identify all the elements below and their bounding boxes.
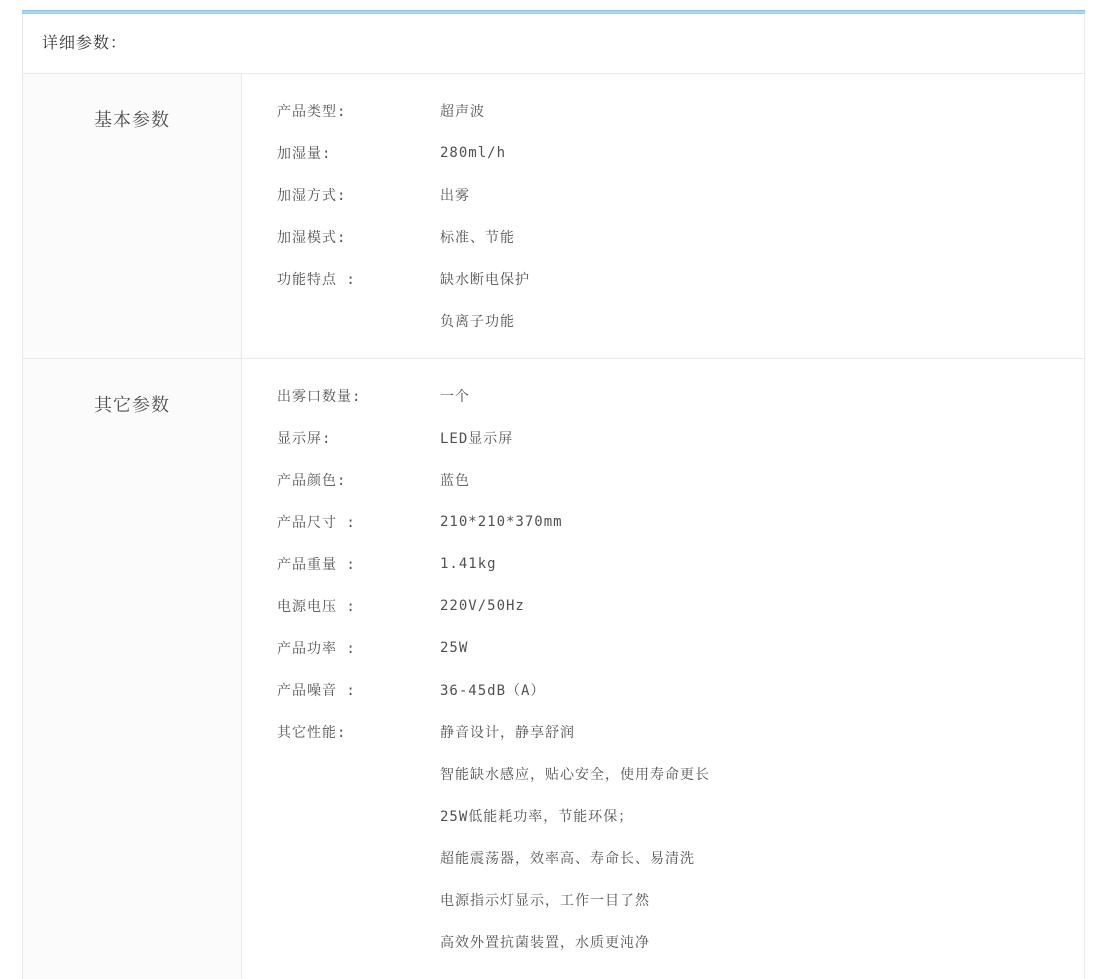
spec-row: 产品重量 :1.41kg bbox=[277, 543, 1084, 585]
spec-row: 加湿模式:标准、节能 bbox=[277, 216, 1084, 258]
spec-value: 蓝色 bbox=[440, 470, 1084, 490]
spec-row: 加湿方式:出雾 bbox=[277, 174, 1084, 216]
section-left-cell: 其它参数 bbox=[23, 359, 242, 966]
spec-row: 产品功率 :25W bbox=[277, 627, 1084, 669]
spec-row: 产品颜色:蓝色 bbox=[277, 459, 1084, 501]
spec-section: 其它参数出雾口数量:一个显示屏:LED显示屏产品颜色:蓝色产品尺寸 :210*2… bbox=[23, 359, 1084, 966]
spec-panel: 详细参数： 基本参数产品类型:超声波加湿量:280ml/h加湿方式:出雾加湿模式… bbox=[22, 10, 1085, 966]
spec-row: 智能缺水感应，贴心安全，使用寿命更长 bbox=[277, 753, 1084, 795]
spec-row: 25W低能耗功率，节能环保； bbox=[277, 795, 1084, 837]
spec-label: 出雾口数量: bbox=[277, 386, 440, 406]
spec-label: 加湿量: bbox=[277, 143, 440, 163]
spec-value: 1.41kg bbox=[440, 556, 1084, 572]
spec-label: 加湿方式: bbox=[277, 185, 440, 205]
spec-value: 负离子功能 bbox=[440, 311, 1084, 331]
spec-row: 产品噪音 :36-45dB（A） bbox=[277, 669, 1084, 711]
spec-row: 电源指示灯显示，工作一目了然 bbox=[277, 879, 1084, 921]
spec-label: 产品尺寸 : bbox=[277, 512, 440, 532]
spec-row: 超能震荡器，效率高、寿命长、易清洗 bbox=[277, 837, 1084, 879]
spec-value: 36-45dB（A） bbox=[440, 680, 1084, 700]
spec-value: 220V/50Hz bbox=[440, 598, 1084, 614]
spec-value: 智能缺水感应，贴心安全，使用寿命更长 bbox=[440, 764, 1084, 784]
spec-value: 高效外置抗菌装置，水质更沌净 bbox=[440, 932, 1084, 952]
spec-value: 一个 bbox=[440, 386, 1084, 406]
spec-value: LED显示屏 bbox=[440, 428, 1084, 448]
spec-label: 产品颜色: bbox=[277, 470, 440, 490]
spec-label: 产品重量 : bbox=[277, 554, 440, 574]
spec-row: 出雾口数量:一个 bbox=[277, 375, 1084, 417]
spec-label: 加湿模式: bbox=[277, 227, 440, 247]
spec-value: 缺水断电保护 bbox=[440, 269, 1084, 289]
spec-value: 210*210*370mm bbox=[440, 514, 1084, 530]
section-title: 基本参数 bbox=[94, 110, 170, 130]
spec-label: 显示屏: bbox=[277, 428, 440, 448]
spec-label: 产品类型: bbox=[277, 101, 440, 121]
section-title: 其它参数 bbox=[94, 395, 170, 415]
spec-value: 电源指示灯显示，工作一目了然 bbox=[440, 890, 1084, 910]
spec-row: 电源电压 :220V/50Hz bbox=[277, 585, 1084, 627]
spec-label: 功能特点 : bbox=[277, 269, 440, 289]
section-rows: 产品类型:超声波加湿量:280ml/h加湿方式:出雾加湿模式:标准、节能功能特点… bbox=[242, 74, 1084, 358]
spec-row: 功能特点 :缺水断电保护 bbox=[277, 258, 1084, 300]
spec-label: 产品噪音 : bbox=[277, 680, 440, 700]
panel-header: 详细参数： bbox=[23, 14, 1084, 74]
spec-label: 产品功率 : bbox=[277, 638, 440, 658]
section-left-cell: 基本参数 bbox=[23, 74, 242, 358]
spec-row: 其它性能:静音设计，静享舒润 bbox=[277, 711, 1084, 753]
spec-value: 标准、节能 bbox=[440, 227, 1084, 247]
spec-section: 基本参数产品类型:超声波加湿量:280ml/h加湿方式:出雾加湿模式:标准、节能… bbox=[23, 74, 1084, 359]
spec-sections: 基本参数产品类型:超声波加湿量:280ml/h加湿方式:出雾加湿模式:标准、节能… bbox=[23, 74, 1084, 966]
spec-value: 280ml/h bbox=[440, 145, 1084, 161]
spec-value: 25W低能耗功率，节能环保； bbox=[440, 806, 1084, 826]
spec-value: 出雾 bbox=[440, 185, 1084, 205]
spec-label: 电源电压 : bbox=[277, 596, 440, 616]
spec-row: 显示屏:LED显示屏 bbox=[277, 417, 1084, 459]
spec-value: 超能震荡器，效率高、寿命长、易清洗 bbox=[440, 848, 1084, 868]
spec-row: 产品尺寸 :210*210*370mm bbox=[277, 501, 1084, 543]
spec-value: 25W bbox=[440, 640, 1084, 656]
spec-row: 加湿量:280ml/h bbox=[277, 132, 1084, 174]
section-rows: 出雾口数量:一个显示屏:LED显示屏产品颜色:蓝色产品尺寸 :210*210*3… bbox=[242, 359, 1084, 966]
panel-title: 详细参数： bbox=[42, 35, 127, 52]
spec-value: 超声波 bbox=[440, 101, 1084, 121]
spec-row: 负离子功能 bbox=[277, 300, 1084, 342]
spec-label: 其它性能: bbox=[277, 722, 440, 742]
spec-value: 静音设计，静享舒润 bbox=[440, 722, 1084, 742]
spec-row: 高效外置抗菌装置，水质更沌净 bbox=[277, 921, 1084, 963]
spec-row: 产品类型:超声波 bbox=[277, 90, 1084, 132]
